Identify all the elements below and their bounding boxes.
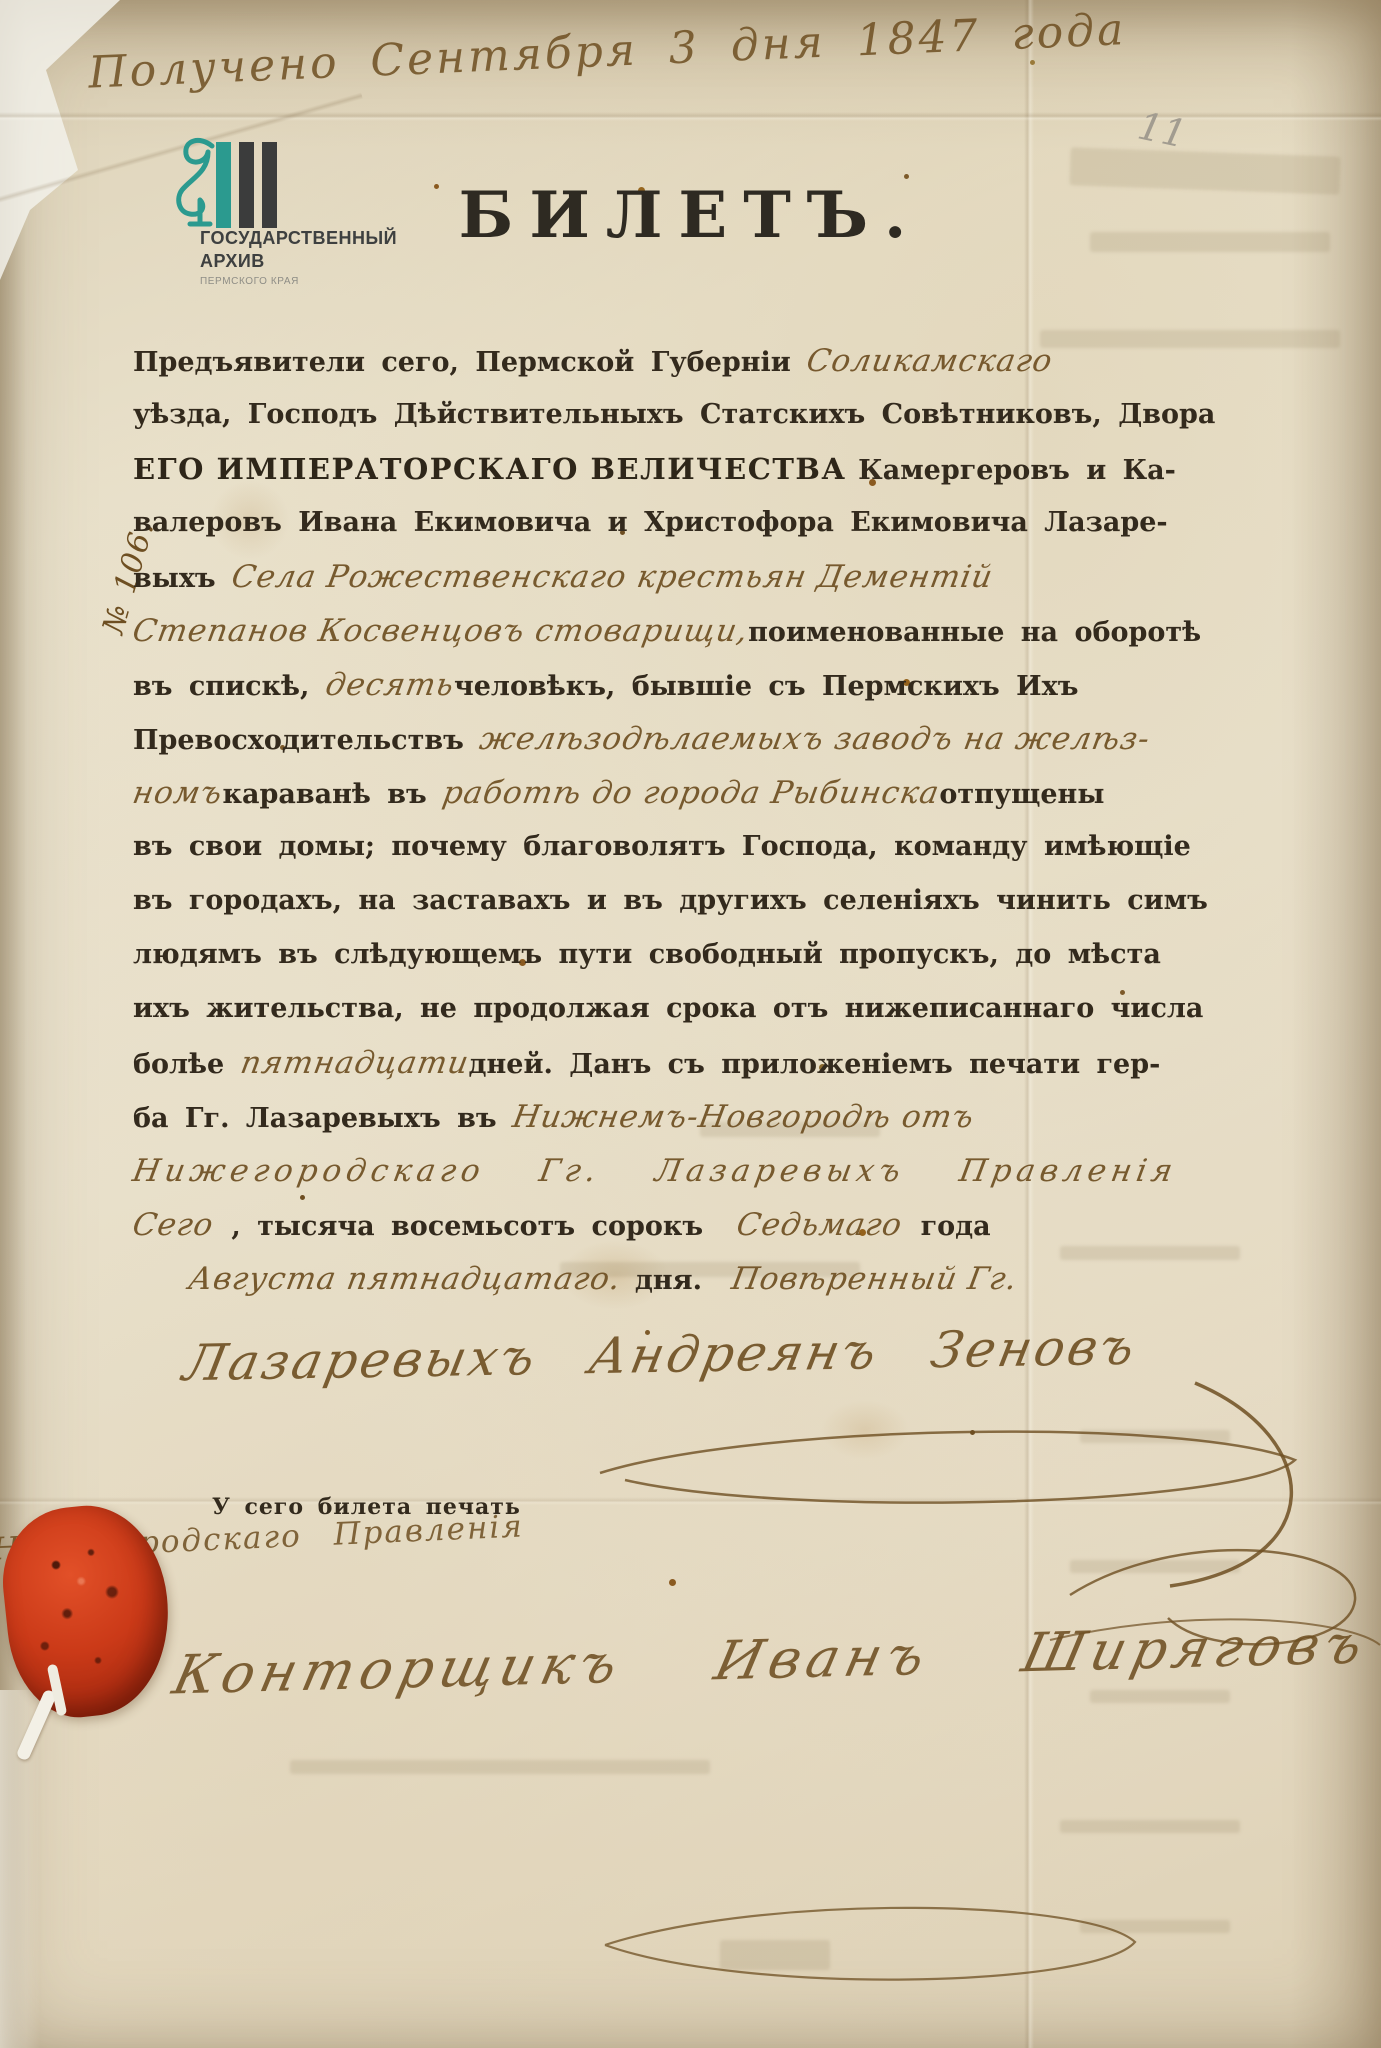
handwritten-text: пятнадцати xyxy=(236,1036,473,1090)
body-line: ба Гг. Лазаревыхъ въ Нижнемъ-Новгородѣ о… xyxy=(133,1090,965,1144)
printed-text: дня. xyxy=(635,1265,719,1296)
archive-logo-line2: АРХИВ xyxy=(200,251,265,272)
body-line: Превосходительствъ желѣзодѣлаемыхъ завод… xyxy=(133,712,965,766)
body-line: Нижегородскаго Гг. Лазаревыхъ Правленія xyxy=(133,1144,965,1198)
body-line: Августа пятнадцатаго. дня. Повѣренный Гг… xyxy=(133,1252,965,1306)
body-line: уѣзда, Господъ Дѣйствительныхъ Статскихъ… xyxy=(133,388,965,442)
archive-logo-line3: ПЕРМСКОГО КРАЯ xyxy=(200,276,299,287)
handwritten-text: Села Рожественскаго крестьян Дементій xyxy=(227,550,997,604)
body-line: болѣе пятнадцати дней. Данъ съ приложені… xyxy=(133,1036,965,1090)
handwritten-text: Нижегородскаго Гг. Лазаревыхъ Правленія xyxy=(128,1144,1182,1198)
printed-text: болѣе xyxy=(133,1049,241,1080)
printed-text: въ свои домы; почему благоволятъ Господа… xyxy=(133,831,1191,862)
printed-text: , тысяча восемьсотъ сорокъ xyxy=(231,1211,719,1242)
document-title: БИЛЕТЪ. xyxy=(0,178,1381,253)
printed-text: года xyxy=(921,1211,991,1242)
handwritten-text: десять xyxy=(321,658,459,712)
handwritten-text: работѣ до города Рыбинска xyxy=(438,766,944,820)
body-text: Предъявители сего, Пермской Губерніи Сол… xyxy=(133,334,965,1306)
printed-text: въ городахъ, на заставахъ и въ другихъ с… xyxy=(133,885,1208,916)
body-line: Степанов Косвенцовъ стоварищи, поименова… xyxy=(133,604,965,658)
printed-text: караванѣ въ xyxy=(222,779,443,810)
body-line: номъ караванѣ въ работѣ до города Рыбинс… xyxy=(133,766,965,820)
handwritten-text: Степанов Косвенцовъ стоварищи, xyxy=(128,604,753,658)
handwritten-text: Соликамскаго xyxy=(802,334,1057,388)
handwritten-text: Повѣренный Гг. xyxy=(728,1252,1023,1306)
body-line: въ спискѣ, десять человѣкъ, бывшіе съ Пе… xyxy=(133,658,965,712)
bottom-flourish-ellipse xyxy=(560,1880,1180,2010)
paper-right-shading xyxy=(1291,0,1381,2048)
body-line: Предъявители сего, Пермской Губерніи Сол… xyxy=(133,334,965,388)
body-line: выхъ Села Рожественскаго крестьян Демент… xyxy=(133,550,965,604)
printed-text: ЕГО ИМПЕРАТОРСКАГО ВЕЛИЧЕСТВА xyxy=(133,452,858,486)
handwritten-text: номъ xyxy=(128,766,227,820)
handwritten-text: желѣзодѣлаемыхъ заводъ на желѣз- xyxy=(475,712,1154,766)
bleedthrough-ghost xyxy=(1060,1820,1240,1833)
printed-text: Камергеровъ и Ка- xyxy=(858,455,1176,486)
vertical-crease xyxy=(1024,0,1034,2048)
printed-text: людямъ въ слѣдующемъ пути свободный проп… xyxy=(133,939,1161,970)
bleedthrough-ghost xyxy=(1060,1246,1240,1260)
scanned-document-page: Получено Сентября 3 дня 1847 года 11 ГОС… xyxy=(0,0,1381,2048)
body-line: въ свои домы; почему благоволятъ Господа… xyxy=(133,820,965,874)
printed-text: въ спискѣ, xyxy=(133,671,326,702)
bleedthrough-ghost xyxy=(1040,330,1340,348)
handwritten-text: Седьмаго xyxy=(733,1198,908,1252)
body-line: ихъ жительства, не продолжая срока отъ н… xyxy=(133,982,965,1036)
body-line: въ городахъ, на заставахъ и въ другихъ с… xyxy=(133,874,965,928)
handwritten-text: Нижнемъ-Новгородѣ отъ xyxy=(508,1090,979,1144)
wax-seal-texture xyxy=(14,1520,154,1700)
printed-text: дней. Данъ съ приложеніемъ печати гер- xyxy=(469,1049,1161,1080)
bottom-signature-flourish xyxy=(1050,1500,1381,1720)
handwritten-text: Августа пятнадцатаго. xyxy=(184,1252,625,1306)
body-line: Сего , тысяча восемьсотъ сорокъ Седьмаго… xyxy=(133,1198,965,1252)
body-line: ЕГО ИМПЕРАТОРСКАГО ВЕЛИЧЕСТВА Камергеров… xyxy=(133,442,965,496)
printed-text: ба Гг. Лазаревыхъ въ xyxy=(133,1103,513,1134)
body-line: людямъ въ слѣдующемъ пути свободный проп… xyxy=(133,928,965,982)
printed-text: Предъявители сего, Пермской Губерніи xyxy=(133,347,807,378)
printed-text: отпущены xyxy=(939,779,1104,810)
body-line: валеровъ Ивана Екимовича и Христофора Ек… xyxy=(133,496,965,550)
handwritten-text: Сего xyxy=(128,1198,218,1252)
printed-text: выхъ xyxy=(133,563,232,594)
printed-text: валеровъ Ивана Екимовича и Христофора Ек… xyxy=(133,507,1168,538)
printed-text: уѣзда, Господъ Дѣйствительныхъ Статскихъ… xyxy=(133,399,1215,430)
bleedthrough-ghost xyxy=(290,1760,710,1774)
printed-text: ихъ жительства, не продолжая срока отъ н… xyxy=(133,993,1203,1024)
printed-text: Превосходительствъ xyxy=(133,725,480,756)
printed-text: человѣкъ, бывшіе съ Пермскихъ Ихъ xyxy=(454,671,1078,702)
printed-text: поименованные на оборотѣ xyxy=(748,617,1201,648)
